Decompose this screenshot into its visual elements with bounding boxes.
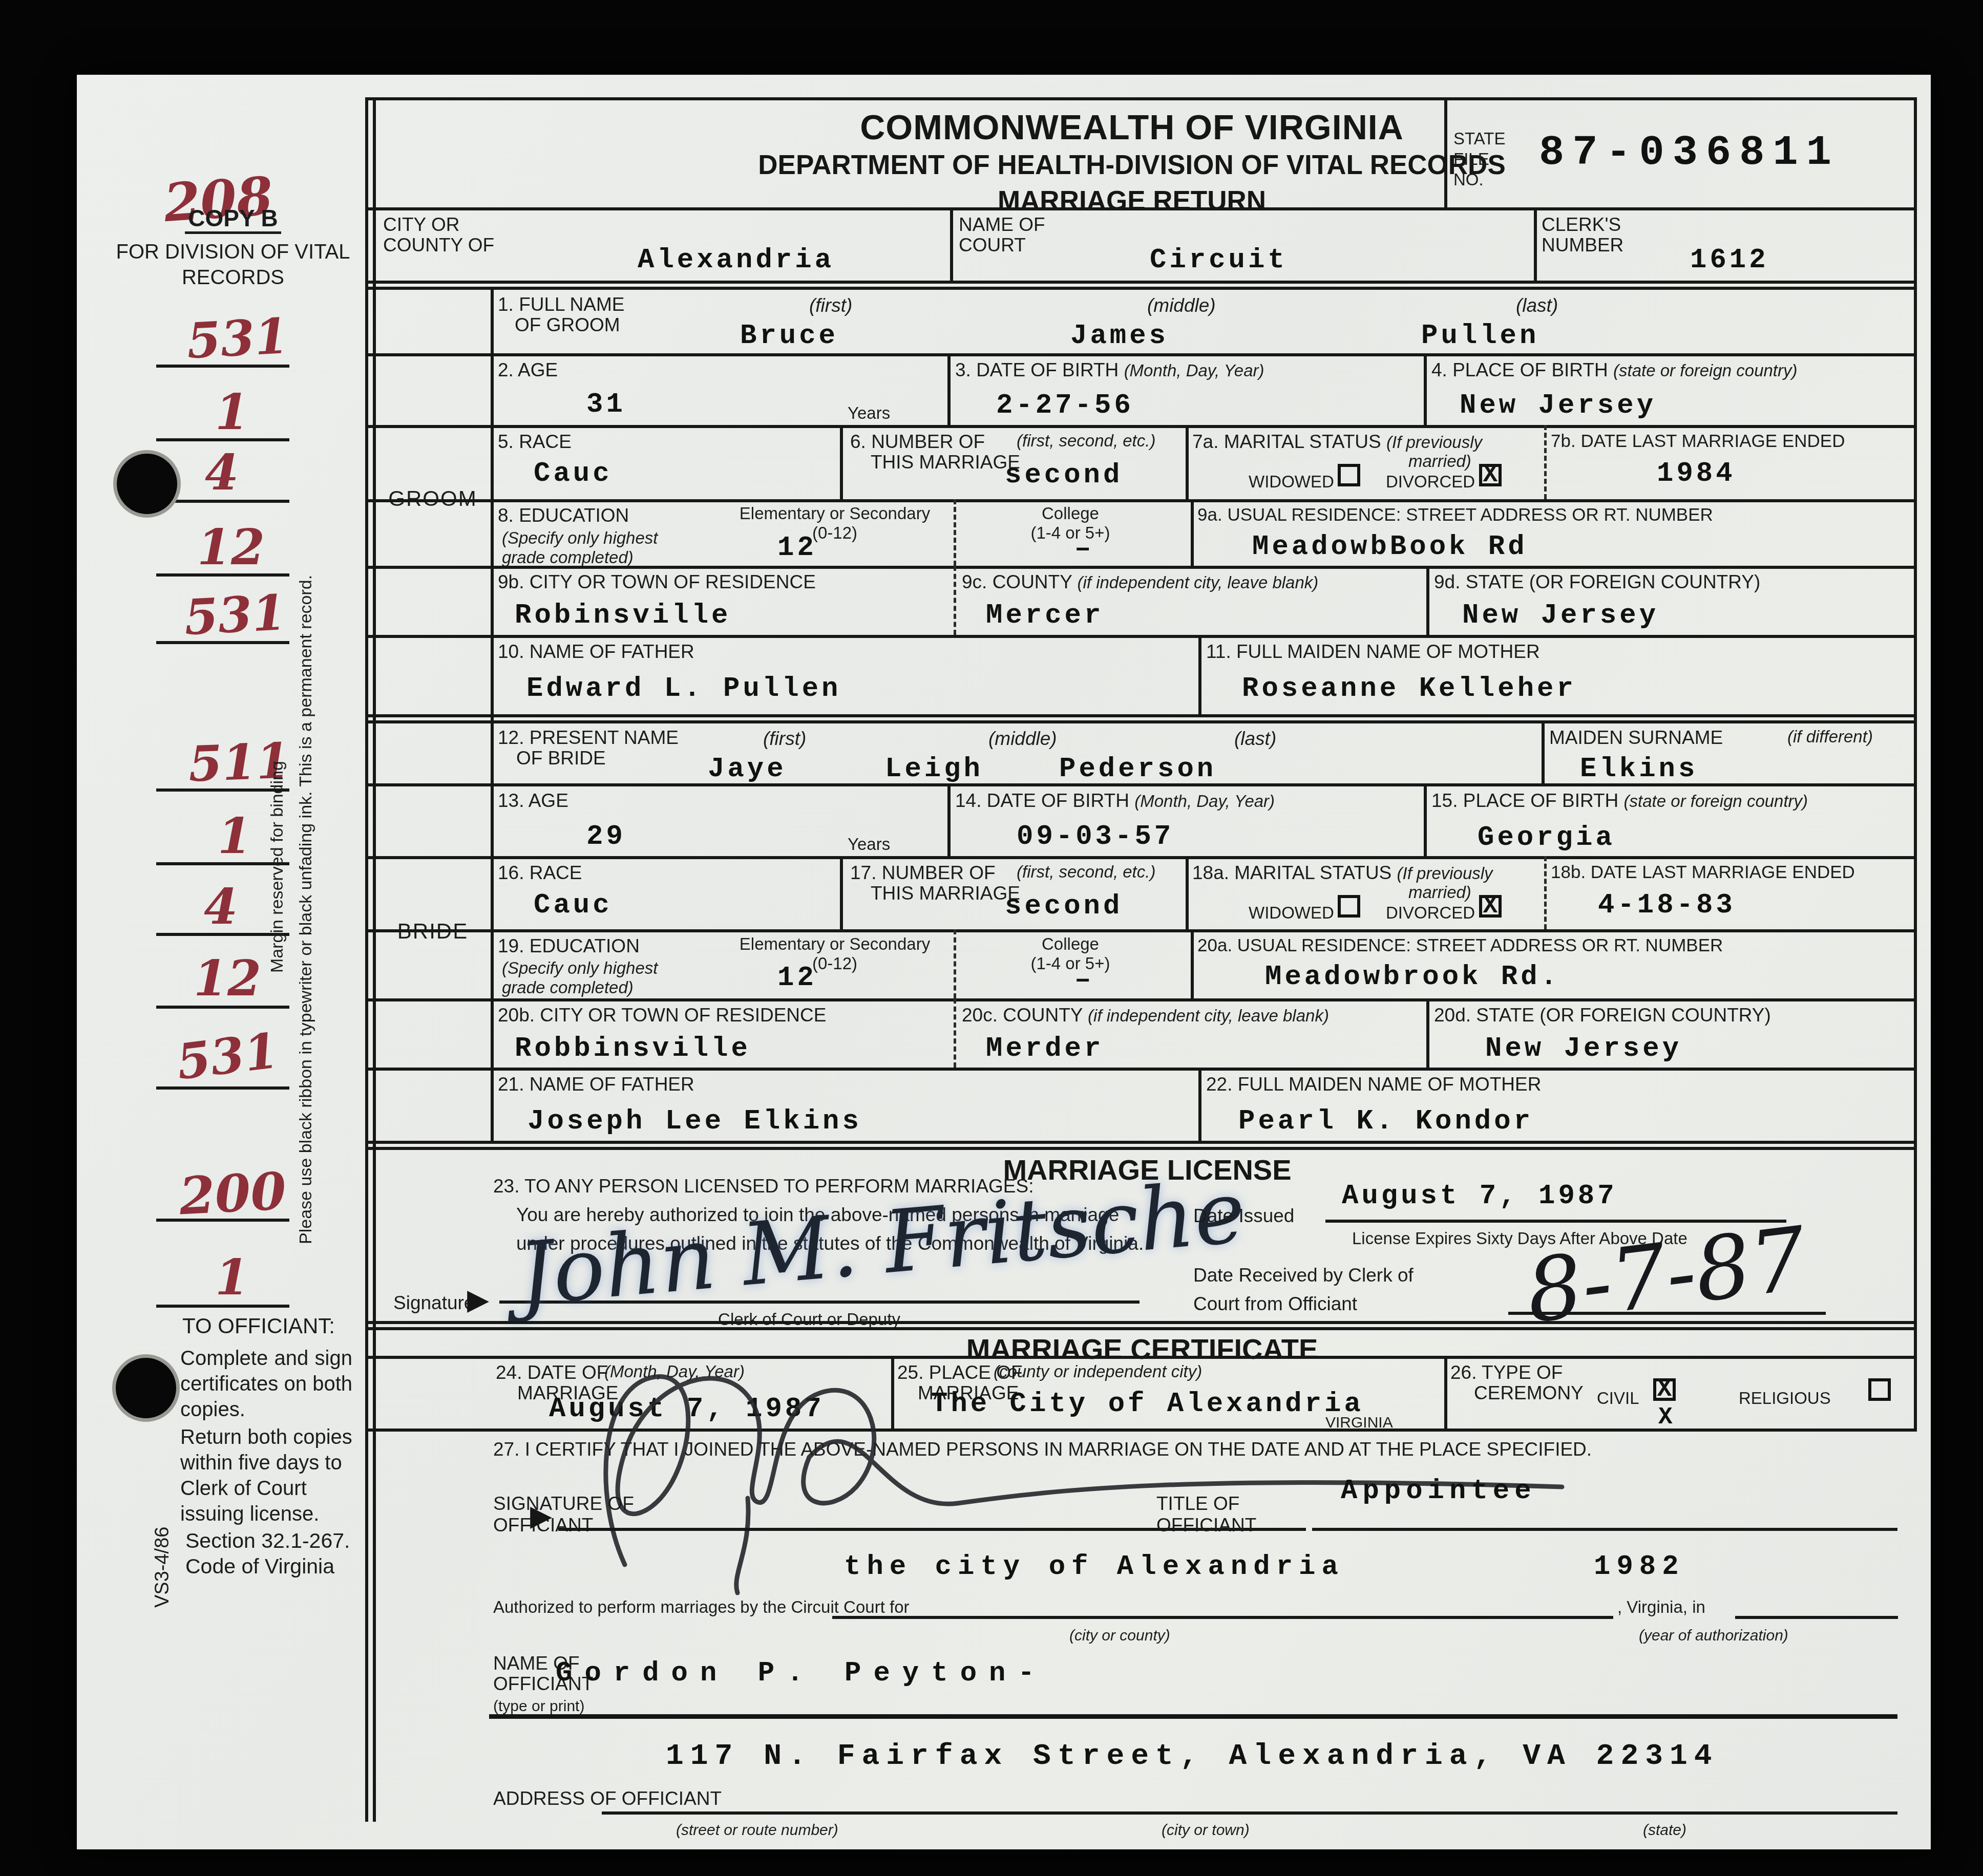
elementary-label: Elementary or Secondary — [717, 504, 953, 523]
bride-marriage-number: second — [1005, 891, 1123, 922]
groom-state: New Jersey — [1462, 600, 1659, 631]
margin-number: 1 — [218, 808, 251, 865]
hline — [365, 1068, 1917, 1071]
bride-age: 29 — [586, 821, 626, 852]
divorced-label: DIVORCED — [1386, 472, 1475, 492]
field-hint: (last) — [1516, 295, 1558, 316]
elementary-range: (0-12) — [717, 523, 953, 543]
vline — [1424, 783, 1427, 856]
vline — [1191, 499, 1194, 566]
margin-number-line — [156, 1219, 289, 1222]
city-county-value: Alexandria — [638, 245, 834, 276]
date-received-line — [1508, 1312, 1826, 1315]
vline — [840, 425, 843, 499]
vline — [1534, 207, 1537, 282]
field-hint: grade completed) — [502, 978, 634, 997]
hline — [365, 207, 1917, 210]
section-column-rule — [491, 287, 494, 1141]
authorized-city-value: the city of Alexandria — [844, 1551, 1344, 1583]
double-rule — [365, 287, 1917, 290]
margin-number-line — [156, 641, 289, 644]
vline — [947, 783, 951, 856]
groom-mother: Roseanne Kelleher — [1242, 673, 1576, 705]
margin-number-line — [156, 365, 289, 368]
margin-number: 1 — [215, 384, 249, 441]
form-code: VS3-4/86 — [152, 1527, 174, 1608]
officiant-title-line — [1312, 1528, 1897, 1531]
margin-number: 200 — [178, 1161, 288, 1227]
street-hint: (street or route number) — [676, 1822, 838, 1839]
margin-number: 531 — [185, 308, 290, 370]
field-label: 20a. USUAL RESIDENCE: STREET ADDRESS OR … — [1197, 935, 1723, 956]
margin-number-line — [156, 1086, 289, 1090]
date-received-label: Court from Officiant — [1193, 1293, 1357, 1315]
town-hint: (city or town) — [1162, 1822, 1250, 1839]
margin-number: 12 — [194, 950, 261, 1007]
groom-middle-name: James — [1070, 321, 1169, 352]
field-label: 9b. CITY OR TOWN OF RESIDENCE — [498, 571, 816, 593]
field-label: 5. RACE — [498, 431, 572, 453]
dashed-vline — [1544, 856, 1547, 929]
vline — [1198, 1068, 1201, 1141]
widowed-label: WIDOWED — [1249, 472, 1334, 492]
margin-number-line — [156, 1006, 289, 1009]
years-label: Years — [848, 835, 890, 854]
margin-number: 12 — [197, 519, 265, 576]
bride-mother: Pearl K. Kondor — [1238, 1106, 1533, 1137]
bride-maiden-surname: Elkins — [1580, 754, 1698, 785]
bride-first-name: Jaye — [708, 754, 787, 785]
margin-number: 1 — [215, 1249, 249, 1306]
authorized-year-line — [1735, 1616, 1898, 1619]
field-label: 22. FULL MAIDEN NAME OF MOTHER — [1206, 1074, 1541, 1095]
divorced-label: DIVORCED — [1386, 903, 1475, 923]
title-of-officiant-label: TITLE OF — [1156, 1493, 1239, 1515]
field-label: THIS MARRIAGE — [871, 452, 1020, 473]
to-officiant-paragraph: Return both copies within five days to C… — [180, 1424, 352, 1527]
state-file-label: FILE — [1453, 150, 1489, 169]
field-label: 18a. MARITAL STATUS (If previously — [1192, 862, 1493, 884]
groom-residence: MeadowbBook Rd — [1252, 531, 1528, 563]
field-label: 13. AGE — [498, 790, 568, 812]
dashed-vline — [954, 566, 956, 635]
field-label: 10. NAME OF FATHER — [498, 641, 694, 663]
court-label: NAME OF — [959, 214, 1045, 236]
authorized-city-line — [832, 1616, 1613, 1619]
field-hint: (first, second, etc.) — [1017, 862, 1155, 882]
hline — [365, 425, 1917, 428]
bride-middle-name: Leigh — [885, 754, 983, 785]
groom-marriage-number: second — [1005, 460, 1123, 491]
vline — [1186, 856, 1189, 929]
vline — [1426, 566, 1429, 635]
field-hint: married) — [1408, 452, 1471, 471]
widowed-label: WIDOWED — [1249, 903, 1334, 923]
state-file-divider — [1444, 98, 1447, 207]
court-value: Circuit — [1150, 245, 1288, 276]
margin-number: 531 — [183, 584, 287, 646]
copy-for-line1: FOR DIVISION OF VITAL — [110, 241, 356, 264]
groom-pob: New Jersey — [1460, 390, 1656, 421]
field-hint: (if different) — [1787, 727, 1873, 747]
bride-residence: Meadowbrook Rd. — [1265, 962, 1560, 993]
field-hint: (Specify only highest — [502, 528, 658, 548]
bride-city: Robbinsville — [515, 1033, 751, 1064]
vline — [1191, 929, 1194, 998]
form-top-rule — [365, 97, 1917, 100]
virginia-in-label: , Virginia, in — [1617, 1597, 1705, 1617]
field-label: 20d. STATE (OR FOREIGN COUNTRY) — [1434, 1005, 1771, 1026]
field-label: 7a. MARITAL STATUS (If previously — [1192, 431, 1482, 453]
groom-first-name: Bruce — [740, 321, 838, 352]
double-rule — [365, 1321, 1917, 1324]
field-hint: married) — [1408, 883, 1471, 902]
groom-father: Edward L. Pullen — [526, 673, 841, 705]
signature-label: Signature — [393, 1292, 474, 1314]
date-issued-value: August 7, 1987 — [1342, 1181, 1617, 1212]
double-rule — [365, 1147, 1917, 1150]
field-label: 11. FULL MAIDEN NAME OF MOTHER — [1206, 641, 1540, 663]
groom-divorced-checkbox: X — [1479, 464, 1502, 486]
groom-education-elementary: 12 — [777, 532, 817, 564]
religious-label: RELIGIOUS — [1739, 1389, 1831, 1408]
bride-education-elementary: 12 — [777, 963, 817, 994]
state-file-label: NO. — [1453, 170, 1484, 189]
bride-dob: 09-03-57 — [1017, 821, 1174, 852]
vline — [1542, 720, 1545, 783]
field-label: 9d. STATE (OR FOREIGN COUNTRY) — [1434, 571, 1760, 593]
vline — [950, 207, 953, 282]
double-rule — [365, 720, 1917, 723]
field-label: 17. NUMBER OF — [850, 862, 996, 884]
officiant-address-line — [602, 1811, 1897, 1815]
hline — [365, 635, 1917, 638]
field-label: 15. PLACE OF BIRTH (state or foreign cou… — [1431, 790, 1808, 812]
groom-widowed-checkbox — [1338, 464, 1360, 486]
dashed-vline — [954, 499, 956, 566]
years-label: Years — [848, 403, 890, 423]
hline — [365, 998, 1917, 1001]
field-label: 14. DATE OF BIRTH (Month, Day, Year) — [955, 790, 1275, 812]
scanned-marriage-return-document: { "page": { "copy_number": "208" }, "ico… — [0, 0, 1983, 1876]
code-section-line2: Code of Virginia — [185, 1554, 334, 1579]
bride-state: New Jersey — [1485, 1033, 1682, 1064]
religious-checkbox — [1868, 1378, 1891, 1401]
clerk-number-label: NUMBER — [1542, 234, 1623, 256]
ribbon-note: Please use black ribbon in typewriter or… — [296, 575, 316, 1244]
groom-dob: 2-27-56 — [996, 390, 1134, 421]
groom-last-marriage-ended: 1984 — [1657, 458, 1736, 489]
groom-section-label: GROOM — [387, 486, 479, 511]
field-label: 20c. COUNTY (if independent city, leave … — [962, 1005, 1329, 1026]
field-label: 2. AGE — [498, 359, 558, 381]
copy-label: COPY B — [123, 205, 343, 231]
college-label: College — [963, 934, 1178, 954]
field-label: 19. EDUCATION — [498, 935, 640, 957]
state-file-label: STATE — [1453, 129, 1505, 148]
court-label: COURT — [959, 234, 1026, 256]
field-label: 3. DATE OF BIRTH (Month, Day, Year) — [955, 359, 1264, 381]
field-label: 4. PLACE OF BIRTH (state or foreign coun… — [1431, 359, 1798, 381]
clerk-number-value: 1612 — [1690, 245, 1769, 276]
maiden-surname-label: MAIDEN SURNAME — [1549, 727, 1723, 749]
bride-last-marriage-ended: 4-18-83 — [1598, 890, 1736, 921]
margin-number-line — [156, 438, 289, 441]
hline — [365, 929, 1917, 932]
double-rule — [365, 1141, 1917, 1144]
margin-number-line — [156, 573, 289, 577]
address-of-officiant-label: ADDRESS OF OFFICIANT — [493, 1788, 722, 1809]
field-hint: (middle) — [988, 728, 1057, 750]
bride-widowed-checkbox — [1338, 895, 1360, 918]
field-label: 1. FULL NAME — [498, 294, 624, 315]
bride-county: Merder — [986, 1033, 1104, 1064]
city-county-label: COUNTY OF — [383, 234, 494, 256]
date-received-label: Date Received by Clerk of — [1193, 1265, 1414, 1286]
field-label: 21. NAME OF FATHER — [498, 1074, 694, 1095]
groom-education-college: – — [1074, 534, 1094, 565]
field-label: OF GROOM — [515, 314, 620, 336]
field-label: OF BRIDE — [516, 748, 606, 769]
hline — [365, 783, 1917, 786]
signature-arrow-icon: ▶ — [530, 1499, 552, 1532]
field-hint: (first) — [809, 295, 852, 316]
margin-number: 4 — [205, 444, 239, 501]
dashed-vline — [1544, 425, 1547, 499]
to-officiant-title: TO OFFICIANT: — [169, 1314, 348, 1338]
hline — [365, 856, 1917, 859]
signature-of-officiant-label: SIGNATURE OF — [493, 1493, 634, 1515]
city-county-hint: (city or county) — [1069, 1627, 1170, 1645]
vline — [1186, 425, 1189, 499]
bride-divorced-checkbox: X — [1479, 895, 1502, 918]
year-hint: (year of authorization) — [1639, 1627, 1788, 1645]
field-label: 18b. DATE LAST MARRIAGE ENDED — [1551, 862, 1855, 883]
form-name: MARRIAGE RETURN — [389, 185, 1874, 217]
type-or-print-hint: (type or print) — [493, 1698, 584, 1715]
college-label: College — [963, 504, 1178, 523]
dashed-vline — [954, 929, 956, 998]
hline — [365, 353, 1917, 356]
margin-number-line — [156, 500, 289, 503]
margin-number-line — [156, 1305, 289, 1308]
groom-age: 31 — [586, 389, 626, 420]
binding-margin-note: Margin reserved for binding — [267, 761, 287, 973]
groom-race: Cauc — [534, 458, 613, 489]
field-label: 9c. COUNTY (if independent city, leave b… — [962, 571, 1318, 593]
signature-arrow-icon: ▶ — [467, 1283, 489, 1316]
punch-hole — [117, 454, 177, 514]
authorized-year-value: 1982 — [1594, 1551, 1685, 1583]
clerk-number-label: CLERK'S — [1542, 214, 1621, 236]
date-issued-label: Date Issued — [1193, 1205, 1294, 1227]
vline — [840, 856, 843, 929]
elementary-label: Elementary or Secondary — [717, 934, 953, 954]
margin-number: 4 — [204, 879, 238, 935]
officiant-title-value: Appointee — [1341, 1476, 1536, 1507]
officiant-name-line — [489, 1714, 1897, 1719]
field-hint: (last) — [1234, 728, 1276, 750]
bride-education-college: – — [1074, 965, 1094, 996]
officiant-address-value: 117 N. Fairfax Street, Alexandria, VA 22… — [666, 1740, 1719, 1773]
field-label: 7b. DATE LAST MARRIAGE ENDED — [1551, 431, 1845, 452]
bride-race: Cauc — [534, 890, 613, 921]
vline — [1424, 353, 1427, 425]
vline — [1198, 635, 1201, 714]
field-label: 8. EDUCATION — [498, 505, 629, 526]
vline — [947, 353, 951, 425]
groom-city: Robinsville — [515, 600, 731, 631]
field-label: 9a. USUAL RESIDENCE: STREET ADDRESS OR R… — [1197, 505, 1713, 525]
civil-typed-x: X — [1658, 1404, 1676, 1431]
bride-last-name: Pederson — [1059, 754, 1216, 785]
dashed-vline — [954, 998, 956, 1068]
authorized-label: Authorized to perform marriages by the C… — [493, 1597, 909, 1617]
hline — [365, 566, 1917, 569]
field-label: THIS MARRIAGE — [871, 883, 1020, 904]
officiant-name-value: Gordon P. Peyton- — [556, 1658, 1047, 1689]
college-range: (1-4 or 5+) — [963, 523, 1178, 543]
title-of-officiant-label: OFFICIANT — [1156, 1515, 1256, 1536]
form-right-rule — [1914, 97, 1917, 1429]
field-hint: (Specify only highest — [502, 958, 658, 978]
field-hint: (first, second, etc.) — [1017, 431, 1155, 451]
code-section-line1: Section 32.1-267. — [185, 1529, 350, 1553]
groom-last-name: Pullen — [1421, 321, 1539, 352]
hline — [365, 499, 1917, 502]
field-hint: (middle) — [1147, 295, 1216, 316]
state-file-number: 87-036811 — [1539, 129, 1840, 177]
signature-caption: Clerk of Court or Deputy — [630, 1310, 988, 1329]
double-rule — [365, 714, 1917, 717]
field-label: 12. PRESENT NAME — [498, 727, 679, 749]
state-hint: (state) — [1643, 1822, 1686, 1839]
bride-father: Joseph Lee Elkins — [528, 1106, 862, 1137]
field-label: 6. NUMBER OF — [850, 431, 985, 453]
field-label: 20b. CITY OR TOWN OF RESIDENCE — [498, 1005, 826, 1026]
bride-pob: Georgia — [1478, 822, 1615, 854]
city-county-label: CITY OR — [383, 214, 459, 236]
copy-for-line2: RECORDS — [110, 266, 356, 290]
field-hint: grade completed) — [502, 548, 634, 567]
vline — [1426, 998, 1429, 1068]
groom-county: Mercer — [986, 600, 1104, 631]
field-label: 16. RACE — [498, 862, 582, 884]
college-range: (1-4 or 5+) — [963, 954, 1178, 973]
punch-hole — [116, 1358, 176, 1418]
double-rule — [365, 281, 1917, 284]
to-officiant-paragraph: Complete and sign certificates on both c… — [180, 1346, 352, 1422]
field-hint: (first) — [763, 728, 806, 750]
civil-checkbox: X — [1653, 1378, 1676, 1401]
elementary-range: (0-12) — [717, 954, 953, 973]
